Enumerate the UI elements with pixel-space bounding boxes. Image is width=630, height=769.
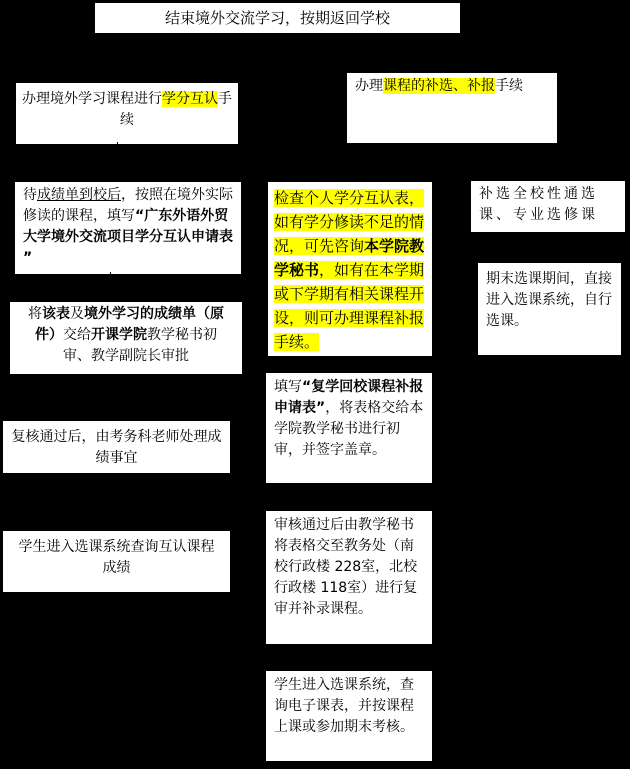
right-step3-attend: 学生进入选课系统，查询电子课表，并按课程上课或参加期末考核。 xyxy=(266,671,432,761)
makeup-registration-header: 办理课程的补选、补报手续 xyxy=(347,73,557,143)
right-check-credits: 检查个人学分互认表，如有学分修读不足的情况，可先咨询本学院教学秘书，如有在本学期… xyxy=(268,182,432,356)
left-step4-query: 学生进入选课系统查询互认课程成绩 xyxy=(3,531,230,592)
left-step3-review: 复核通过后，由考务科老师处理成绩事宜 xyxy=(3,421,230,473)
credit-recognition-header: 办理境外学习课程进行学分互认手续 xyxy=(16,83,238,144)
highlight-credit-recognition: 学分互认 xyxy=(162,91,218,107)
title-box: 结束境外交流学习，按期返回学校 xyxy=(95,3,460,33)
highlight-makeup: 课程的补选、补报 xyxy=(383,78,495,94)
title-text: 结束境外交流学习，按期返回学校 xyxy=(165,9,390,27)
right-step2-registrar-review: 审核通过后由教学秘书将表格交至教务处（南校行政楼 228室，北校行政楼 118室… xyxy=(266,511,432,644)
left-step2-submit: 将该表及境外学习的成绩单（原件）交给开课学院教学秘书初审、教学副院长审批 xyxy=(10,302,242,374)
option-a-general-electives: 补选全校性通选课、专业选修课 xyxy=(471,181,625,232)
option-b-self-select: 期末选课期间，直接进入选课系统，自行选课。 xyxy=(478,263,621,355)
left-step1-fill-form: 待成绩单到校后，按照在境外实际修读的课程，填写“广东外语外贸大学境外交流项目学分… xyxy=(15,182,241,274)
right-step1-fill-form: 填写“复学回校课程补报申请表”，将表格交给本学院教学秘书进行初审，并签字盖章。 xyxy=(266,373,432,483)
